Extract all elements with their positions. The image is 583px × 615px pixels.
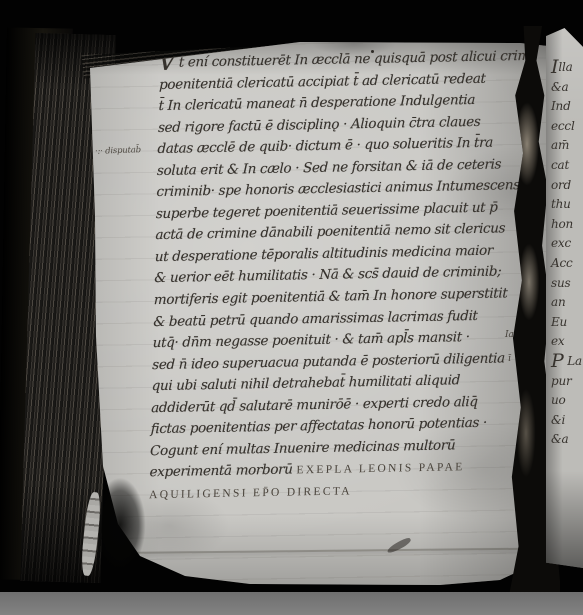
line-text: pur: [551, 374, 572, 388]
facing-page-line: Illa: [551, 56, 582, 76]
line-text: ex: [551, 334, 564, 348]
photo-background: Vt ení constituerēt In æcclā ne quisquā …: [0, 0, 583, 615]
line-end-mark: Ia: [505, 330, 514, 340]
facing-page-line: cat: [551, 154, 582, 174]
facing-page-line: eccl: [551, 115, 582, 135]
facing-page-text: Illa &a Ind eccl am̄ cat ord thu hon exc…: [551, 56, 582, 448]
facing-page-line: &a: [551, 428, 582, 448]
manuscript-text-block: Vt ení constituerēt In æcclā ne quisquā …: [147, 41, 502, 500]
margin-note: ·:· disputab̄: [95, 145, 141, 157]
line-text: &i: [551, 413, 565, 427]
facing-page-line: exc: [551, 232, 582, 252]
line-text: Eu: [551, 315, 567, 329]
line-text: an: [551, 295, 565, 309]
line-text: &a: [551, 80, 568, 94]
line-text: uo: [551, 393, 566, 407]
table-surface: [0, 592, 583, 615]
facing-page-line: hon: [551, 213, 582, 233]
facing-page-line: ord: [551, 174, 582, 194]
line-text: eccl: [551, 119, 575, 133]
facing-page-line: pur: [551, 370, 582, 390]
initial-letter: V: [157, 46, 177, 77]
line-end-mark: ī: [508, 354, 511, 364]
line-text: Ind: [551, 99, 571, 113]
line-text: exc: [551, 236, 571, 250]
facing-page-line: &a: [551, 76, 582, 96]
initial-letter: P: [551, 350, 564, 372]
line-text: Acc: [551, 256, 573, 270]
facing-page-line: &i: [551, 409, 582, 429]
line-text: thu: [551, 197, 571, 211]
facing-page-line: Acc: [551, 252, 582, 272]
facing-page-line: sus: [551, 272, 582, 292]
line-text: lla: [558, 60, 572, 74]
initial-letter: I: [551, 56, 558, 78]
line-text: sus: [551, 276, 570, 290]
facing-page-line: am̄: [551, 134, 582, 154]
facing-page-line: P La: [551, 350, 582, 370]
manuscript-page: Vt ení constituerēt In æcclā ne quisquā …: [86, 36, 548, 592]
line-text: La: [564, 354, 582, 368]
line-text: am̄: [551, 138, 569, 152]
facing-page-line: an: [551, 291, 582, 311]
facing-page: Illa &a Ind eccl am̄ cat ord thu hon exc…: [546, 28, 583, 568]
facing-page-line: Ind: [551, 95, 582, 115]
ink-speck: [371, 50, 374, 53]
line-text: hon: [551, 217, 573, 231]
line-text: &a: [551, 432, 568, 446]
facing-page-line: uo: [551, 389, 582, 409]
facing-page-line: Eu: [551, 311, 582, 331]
facing-page-line: ex: [551, 330, 582, 350]
line-text: cat: [551, 158, 569, 172]
line-text: ord: [551, 178, 571, 192]
facing-page-line: thu: [551, 193, 582, 213]
